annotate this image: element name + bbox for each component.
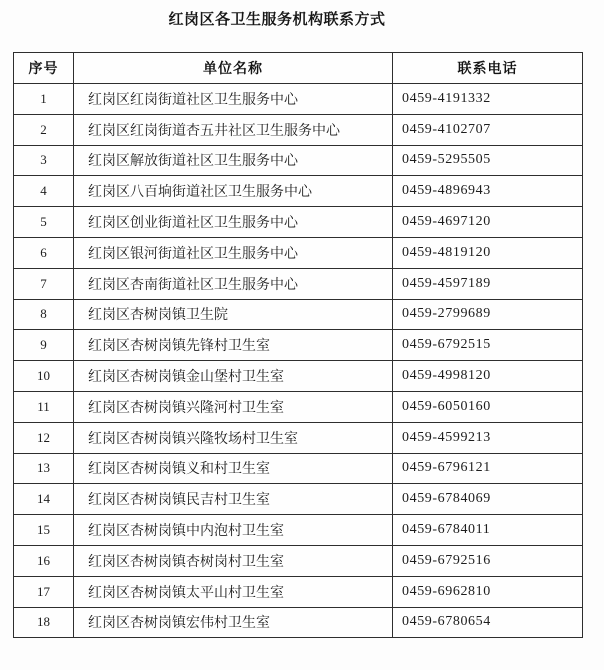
phone-number-cell: 0459-4998120 (393, 361, 583, 392)
phone-number-cell: 0459-6792515 (393, 330, 583, 361)
unit-name-cell: 红岗区杏树岗镇义和村卫生室 (74, 453, 393, 484)
row-index-cell: 11 (14, 391, 74, 422)
unit-name-cell: 红岗区杏树岗镇兴隆河村卫生室 (74, 391, 393, 422)
contact-table: 序号 单位名称 联系电话 1 红岗区红岗街道社区卫生服务中心 0459-4191… (13, 52, 583, 638)
document-page: { "page": { "title": "红岗区各卫生服务机构联系方式" },… (0, 0, 604, 670)
table-row: 3 红岗区解放街道社区卫生服务中心 0459-5295505 (14, 145, 583, 176)
unit-name-cell: 红岗区创业街道社区卫生服务中心 (74, 207, 393, 238)
row-index-cell: 5 (14, 207, 74, 238)
table-row: 5 红岗区创业街道社区卫生服务中心 0459-4697120 (14, 207, 583, 238)
table-row: 14 红岗区杏树岗镇民吉村卫生室 0459-6784069 (14, 484, 583, 515)
table-row: 8 红岗区杏树岗镇卫生院 0459-2799689 (14, 299, 583, 330)
phone-number-cell: 0459-5295505 (393, 145, 583, 176)
table-row: 15 红岗区杏树岗镇中内泡村卫生室 0459-6784011 (14, 515, 583, 546)
unit-name-cell: 红岗区杏树岗镇先锋村卫生室 (74, 330, 393, 361)
table-row: 16 红岗区杏树岗镇杏树岗村卫生室 0459-6792516 (14, 545, 583, 576)
table-row: 12 红岗区杏树岗镇兴隆牧场村卫生室 0459-4599213 (14, 422, 583, 453)
row-index-cell: 18 (14, 607, 74, 638)
row-index-cell: 6 (14, 237, 74, 268)
phone-number-cell: 0459-4896943 (393, 176, 583, 207)
table-row: 18 红岗区杏树岗镇宏伟村卫生室 0459-6780654 (14, 607, 583, 638)
row-index-cell: 3 (14, 145, 74, 176)
unit-name-cell: 红岗区杏树岗镇宏伟村卫生室 (74, 607, 393, 638)
phone-number-cell: 0459-6796121 (393, 453, 583, 484)
table-row: 10 红岗区杏树岗镇金山堡村卫生室 0459-4998120 (14, 361, 583, 392)
table-header-row: 序号 单位名称 联系电话 (14, 53, 583, 84)
table-row: 2 红岗区红岗街道杏五井社区卫生服务中心 0459-4102707 (14, 114, 583, 145)
phone-number-cell: 0459-4697120 (393, 207, 583, 238)
phone-number-cell: 0459-4191332 (393, 84, 583, 115)
phone-number-cell: 0459-6780654 (393, 607, 583, 638)
row-index-cell: 2 (14, 114, 74, 145)
phone-number-cell: 0459-2799689 (393, 299, 583, 330)
table-row: 9 红岗区杏树岗镇先锋村卫生室 0459-6792515 (14, 330, 583, 361)
row-index-cell: 4 (14, 176, 74, 207)
column-header-unit-name: 单位名称 (74, 53, 393, 84)
phone-number-cell: 0459-4819120 (393, 237, 583, 268)
phone-number-cell: 0459-6784011 (393, 515, 583, 546)
row-index-cell: 8 (14, 299, 74, 330)
unit-name-cell: 红岗区杏树岗镇卫生院 (74, 299, 393, 330)
row-index-cell: 17 (14, 576, 74, 607)
page-title: 红岗区各卫生服务机构联系方式 (0, 8, 554, 29)
column-header-index: 序号 (14, 53, 74, 84)
table-row: 17 红岗区杏树岗镇太平山村卫生室 0459-6962810 (14, 576, 583, 607)
table-row: 11 红岗区杏树岗镇兴隆河村卫生室 0459-6050160 (14, 391, 583, 422)
unit-name-cell: 红岗区八百垧街道社区卫生服务中心 (74, 176, 393, 207)
unit-name-cell: 红岗区杏南街道社区卫生服务中心 (74, 268, 393, 299)
row-index-cell: 10 (14, 361, 74, 392)
unit-name-cell: 红岗区杏树岗镇民吉村卫生室 (74, 484, 393, 515)
row-index-cell: 7 (14, 268, 74, 299)
row-index-cell: 12 (14, 422, 74, 453)
phone-number-cell: 0459-4102707 (393, 114, 583, 145)
row-index-cell: 14 (14, 484, 74, 515)
phone-number-cell: 0459-6784069 (393, 484, 583, 515)
table-row: 1 红岗区红岗街道社区卫生服务中心 0459-4191332 (14, 84, 583, 115)
row-index-cell: 16 (14, 545, 74, 576)
unit-name-cell: 红岗区解放街道社区卫生服务中心 (74, 145, 393, 176)
phone-number-cell: 0459-4599213 (393, 422, 583, 453)
unit-name-cell: 红岗区杏树岗镇兴隆牧场村卫生室 (74, 422, 393, 453)
phone-number-cell: 0459-6792516 (393, 545, 583, 576)
table-row: 13 红岗区杏树岗镇义和村卫生室 0459-6796121 (14, 453, 583, 484)
row-index-cell: 13 (14, 453, 74, 484)
unit-name-cell: 红岗区杏树岗镇中内泡村卫生室 (74, 515, 393, 546)
row-index-cell: 1 (14, 84, 74, 115)
phone-number-cell: 0459-6962810 (393, 576, 583, 607)
table-row: 6 红岗区银河街道社区卫生服务中心 0459-4819120 (14, 237, 583, 268)
unit-name-cell: 红岗区杏树岗镇太平山村卫生室 (74, 576, 393, 607)
table-row: 4 红岗区八百垧街道社区卫生服务中心 0459-4896943 (14, 176, 583, 207)
unit-name-cell: 红岗区红岗街道社区卫生服务中心 (74, 84, 393, 115)
row-index-cell: 9 (14, 330, 74, 361)
table-row: 7 红岗区杏南街道社区卫生服务中心 0459-4597189 (14, 268, 583, 299)
phone-number-cell: 0459-6050160 (393, 391, 583, 422)
phone-number-cell: 0459-4597189 (393, 268, 583, 299)
unit-name-cell: 红岗区杏树岗镇金山堡村卫生室 (74, 361, 393, 392)
unit-name-cell: 红岗区红岗街道杏五井社区卫生服务中心 (74, 114, 393, 145)
row-index-cell: 15 (14, 515, 74, 546)
unit-name-cell: 红岗区杏树岗镇杏树岗村卫生室 (74, 545, 393, 576)
unit-name-cell: 红岗区银河街道社区卫生服务中心 (74, 237, 393, 268)
column-header-phone: 联系电话 (393, 53, 583, 84)
